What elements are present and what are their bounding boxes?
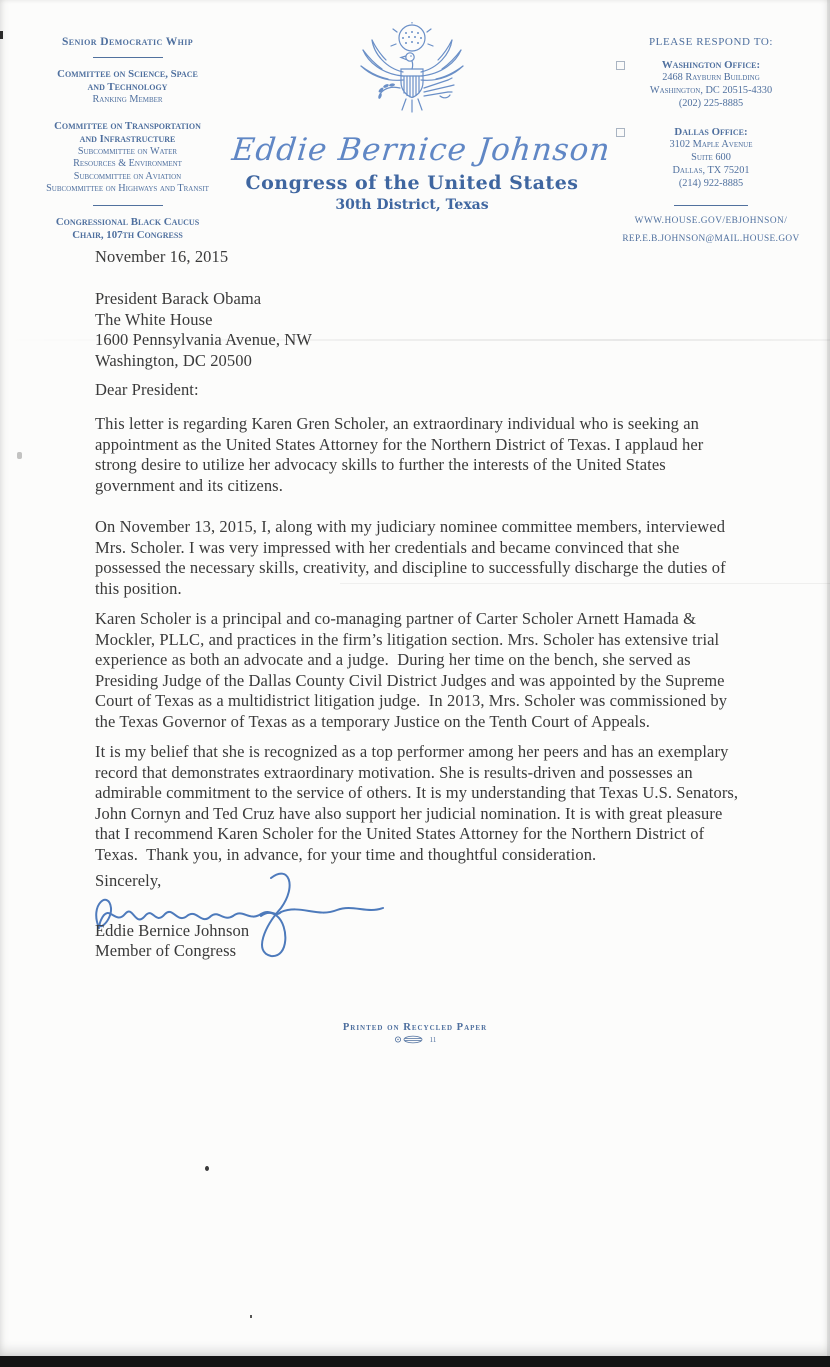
black-caucus: Congressional Black Caucus Chair, 107th … <box>10 216 245 242</box>
scan-speck <box>0 31 3 39</box>
dallas-office-block: Dallas Office: 3102 Maple Avenue Suite 6… <box>600 126 822 190</box>
website-url: WWW.HOUSE.GOV/EBJOHNSON/ <box>600 216 822 226</box>
divider-line <box>674 205 748 206</box>
scanner-background-band <box>0 1356 830 1367</box>
paragraph-1: This letter is regarding Karen Gren Scho… <box>95 414 703 496</box>
paragraph-4: It is my belief that she is recognized a… <box>95 742 738 866</box>
union-bug-icon <box>394 1034 428 1045</box>
committee-transportation-subs: Subcommittee on Water Resources & Enviro… <box>10 146 245 196</box>
email-address: REP.E.B.JOHNSON@MAIL.HOUSE.GOV <box>600 234 822 244</box>
washington-office-checkbox <box>616 61 625 70</box>
washington-office-block: Washington Office: 2468 Rayburn Building… <box>600 59 822 110</box>
scan-speck <box>205 1166 209 1171</box>
fold-crease <box>0 339 830 341</box>
union-printers-bug: 11 <box>0 1034 830 1045</box>
committee-science: Committee on Science, Space and Technolo… <box>10 68 245 94</box>
office-address: 3102 Maple Avenue Suite 600 Dallas, TX 7… <box>600 139 822 190</box>
typed-signature-title: Member of Congress <box>95 941 236 962</box>
recycled-paper-label: Printed on Recycled Paper <box>0 1022 830 1033</box>
office-address: 2468 Rayburn Building Washington, DC 205… <box>600 72 822 110</box>
paragraph-2: On November 13, 2015, I, along with my j… <box>95 517 726 599</box>
letter-paper: Senior Democratic Whip Committee on Scie… <box>0 0 830 1356</box>
footer: Printed on Recycled Paper 11 <box>0 1022 830 1045</box>
scanned-letter-page: Senior Democratic Whip Committee on Scie… <box>0 0 830 1367</box>
salutation: Dear President: <box>95 380 199 401</box>
congress-title: Congress of the United States <box>232 172 592 194</box>
letter-date: November 16, 2015 <box>95 247 228 268</box>
scan-speck <box>17 452 22 459</box>
committee-science-role: Ranking Member <box>10 94 245 107</box>
letterhead-center: Eddie Bernice Johnson Congress of the Un… <box>232 22 592 213</box>
whip-title: Senior Democratic Whip <box>10 36 245 48</box>
respond-label: PLEASE RESPOND TO: <box>600 36 822 48</box>
great-seal-eagle-icon <box>356 22 468 128</box>
fold-crease <box>340 583 830 584</box>
recipient-address: President Barack Obama The White House 1… <box>95 289 312 371</box>
office-name: Washington Office: <box>600 59 822 72</box>
member-name-script: Eddie Bernice Johnson <box>230 132 594 168</box>
dallas-office-checkbox <box>616 128 625 137</box>
union-bug-number: 11 <box>430 1036 437 1044</box>
scan-speck <box>250 1315 252 1318</box>
divider-line <box>93 205 163 206</box>
office-name: Dallas Office: <box>600 126 822 139</box>
committee-transportation: Committee on Transportation and Infrastr… <box>10 120 245 146</box>
district-line: 30th District, Texas <box>232 197 592 213</box>
letterhead-right-column: PLEASE RESPOND TO: Washington Office: 24… <box>600 36 822 244</box>
divider-line <box>93 57 163 58</box>
typed-signature-name: Eddie Bernice Johnson <box>95 921 249 942</box>
paragraph-3: Karen Scholer is a principal and co-mana… <box>95 609 727 733</box>
letterhead-left-column: Senior Democratic Whip Committee on Scie… <box>10 36 245 242</box>
